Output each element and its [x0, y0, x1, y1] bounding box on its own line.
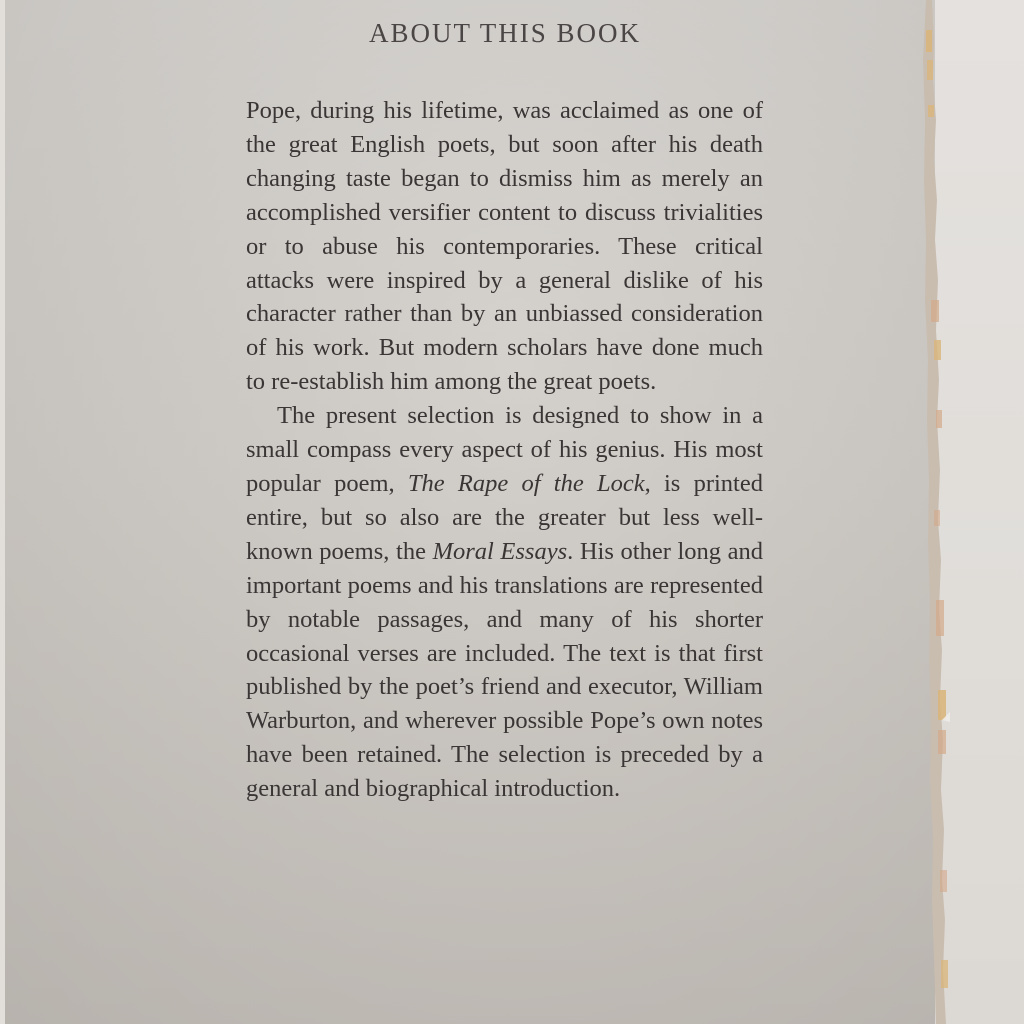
paragraph-2-text-3: . His other long and important poems and…: [246, 538, 763, 802]
paragraph-1: Pope, during his lifetime, was acclaimed…: [246, 94, 763, 399]
page-heading: ABOUT THIS BOOK: [0, 18, 1010, 49]
page-left-edge: [0, 0, 5, 1024]
title-moral-essays: Moral Essays: [433, 538, 568, 565]
title-rape-of-the-lock: The Rape of the Lock: [408, 470, 645, 497]
paragraph-1-text: Pope, during his lifetime, was acclaimed…: [246, 97, 763, 395]
paragraph-2: The present selection is designed to sho…: [246, 399, 763, 806]
body-text: Pope, during his lifetime, was acclaimed…: [246, 94, 763, 806]
torn-page-edge: [912, 0, 950, 1024]
